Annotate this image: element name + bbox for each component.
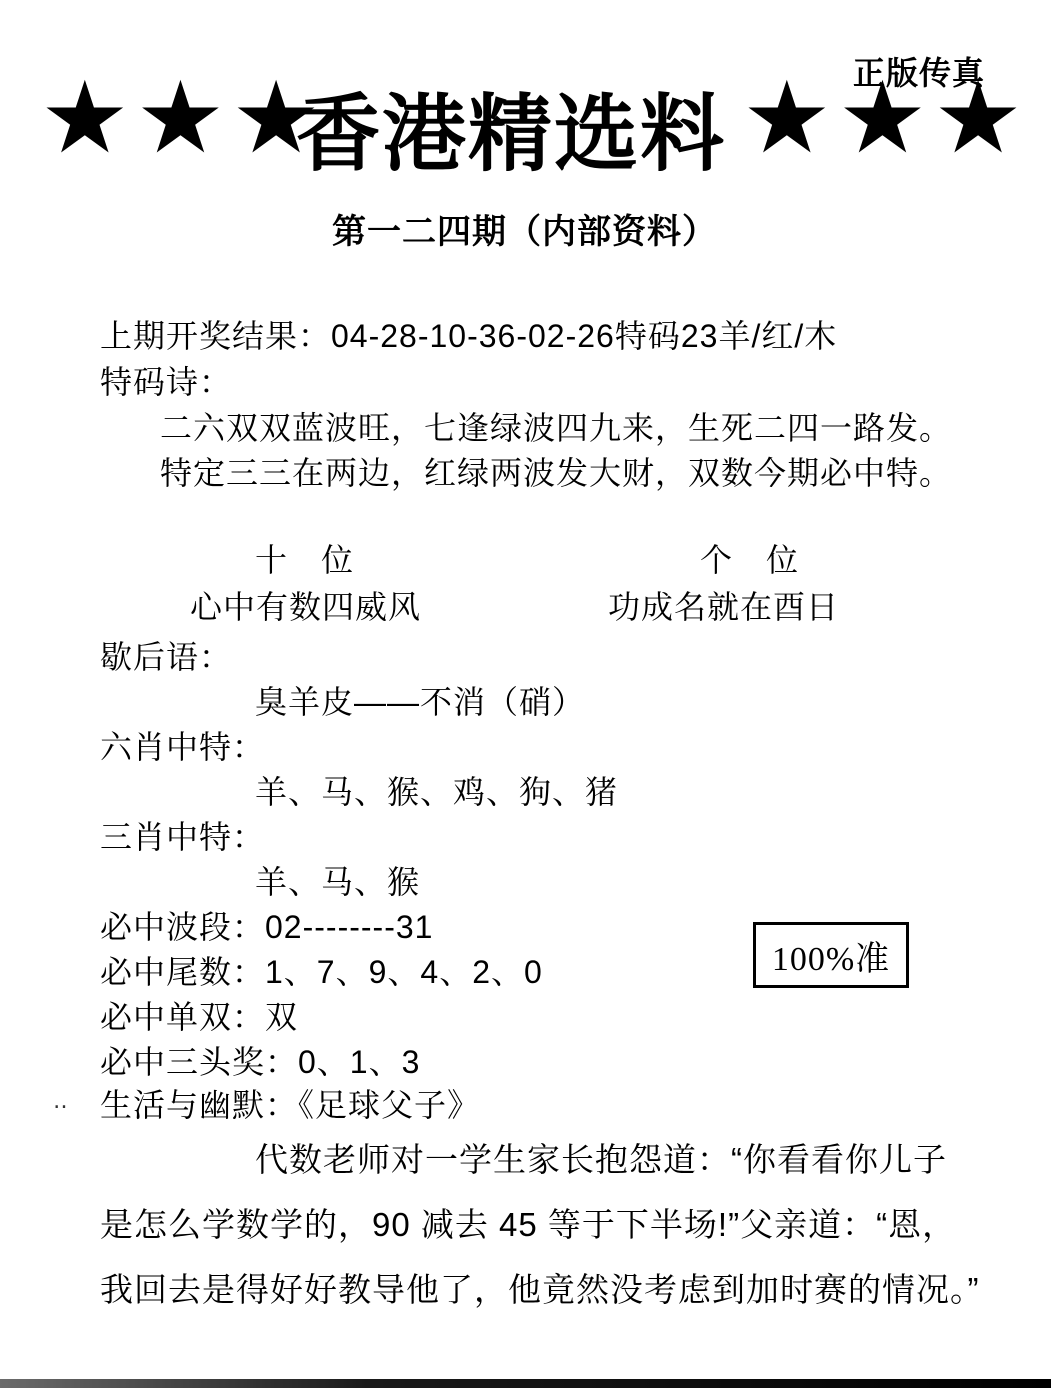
units-digit-phrase: 功成名就在酉日: [608, 587, 839, 627]
issue-subtitle: 第一二四期（内部资料）: [332, 204, 717, 253]
stars-right-decoration: ★★★: [742, 68, 1029, 168]
six-zodiac-label: 六肖中特：: [100, 727, 265, 767]
special-code-poem-label: 特码诗：: [100, 362, 232, 402]
head-prize-line: 必中三头奖：0、1、3: [100, 1042, 420, 1082]
poem-line-2: 特定三三在两边，红绿两波发大财，双数今期必中特。: [160, 453, 952, 493]
odd-even-line: 必中单双：双: [100, 997, 298, 1037]
wave-band-line: 必中波段：02--------31: [100, 907, 433, 947]
three-zodiac-label: 三肖中特：: [100, 817, 265, 857]
joke-paragraph-line-1: 代数老师对一学生家长抱怨道：“你看看你儿子: [255, 1140, 947, 1180]
xiehouyu-label: 歇后语：: [100, 637, 232, 677]
six-zodiac-list: 羊、马、猴、鸡、狗、猪: [255, 772, 618, 812]
tens-digit-phrase: 心中有数四威风: [190, 587, 421, 627]
accuracy-stamp-box: 100%准: [753, 922, 909, 988]
scan-speckle-dots: ‥: [53, 1088, 72, 1114]
poem-line-1: 二六双双蓝波旺，七逢绿波四九来，生死二四一路发。: [160, 408, 952, 448]
three-zodiac-list: 羊、马、猴: [255, 862, 420, 902]
units-digit-header: 个 位: [700, 540, 799, 580]
xiehouyu-text: 臭羊皮——不消（硝）: [255, 682, 585, 722]
joke-paragraph-line-3: 我回去是得好好教导他了，他竟然没考虑到加时赛的情况。”: [100, 1270, 980, 1310]
fax-page: 正版传真 ★★★ 香港精选料 ★★★ 第一二四期（内部资料） 上期开奖结果：04…: [0, 0, 1051, 1388]
accuracy-stamp-text: 100%准: [772, 931, 890, 980]
previous-draw-result-line: 上期开奖结果：04-28-10-36-02-26特码23羊/红/木: [100, 316, 837, 356]
tail-number-line: 必中尾数：1、7、9、4、2、0: [100, 952, 543, 992]
tens-digit-header: 十 位: [255, 540, 354, 580]
stars-left-decoration: ★★★: [40, 68, 327, 168]
joke-paragraph-line-2: 是怎么学数学的，90 减去 45 等于下半场!”父亲道：“恩，: [100, 1205, 956, 1245]
humor-title-line: 生活与幽默：《足球父子》: [100, 1085, 480, 1125]
scan-edge-shadow: [0, 1379, 1051, 1388]
page-title: 香港精选料: [296, 84, 726, 184]
